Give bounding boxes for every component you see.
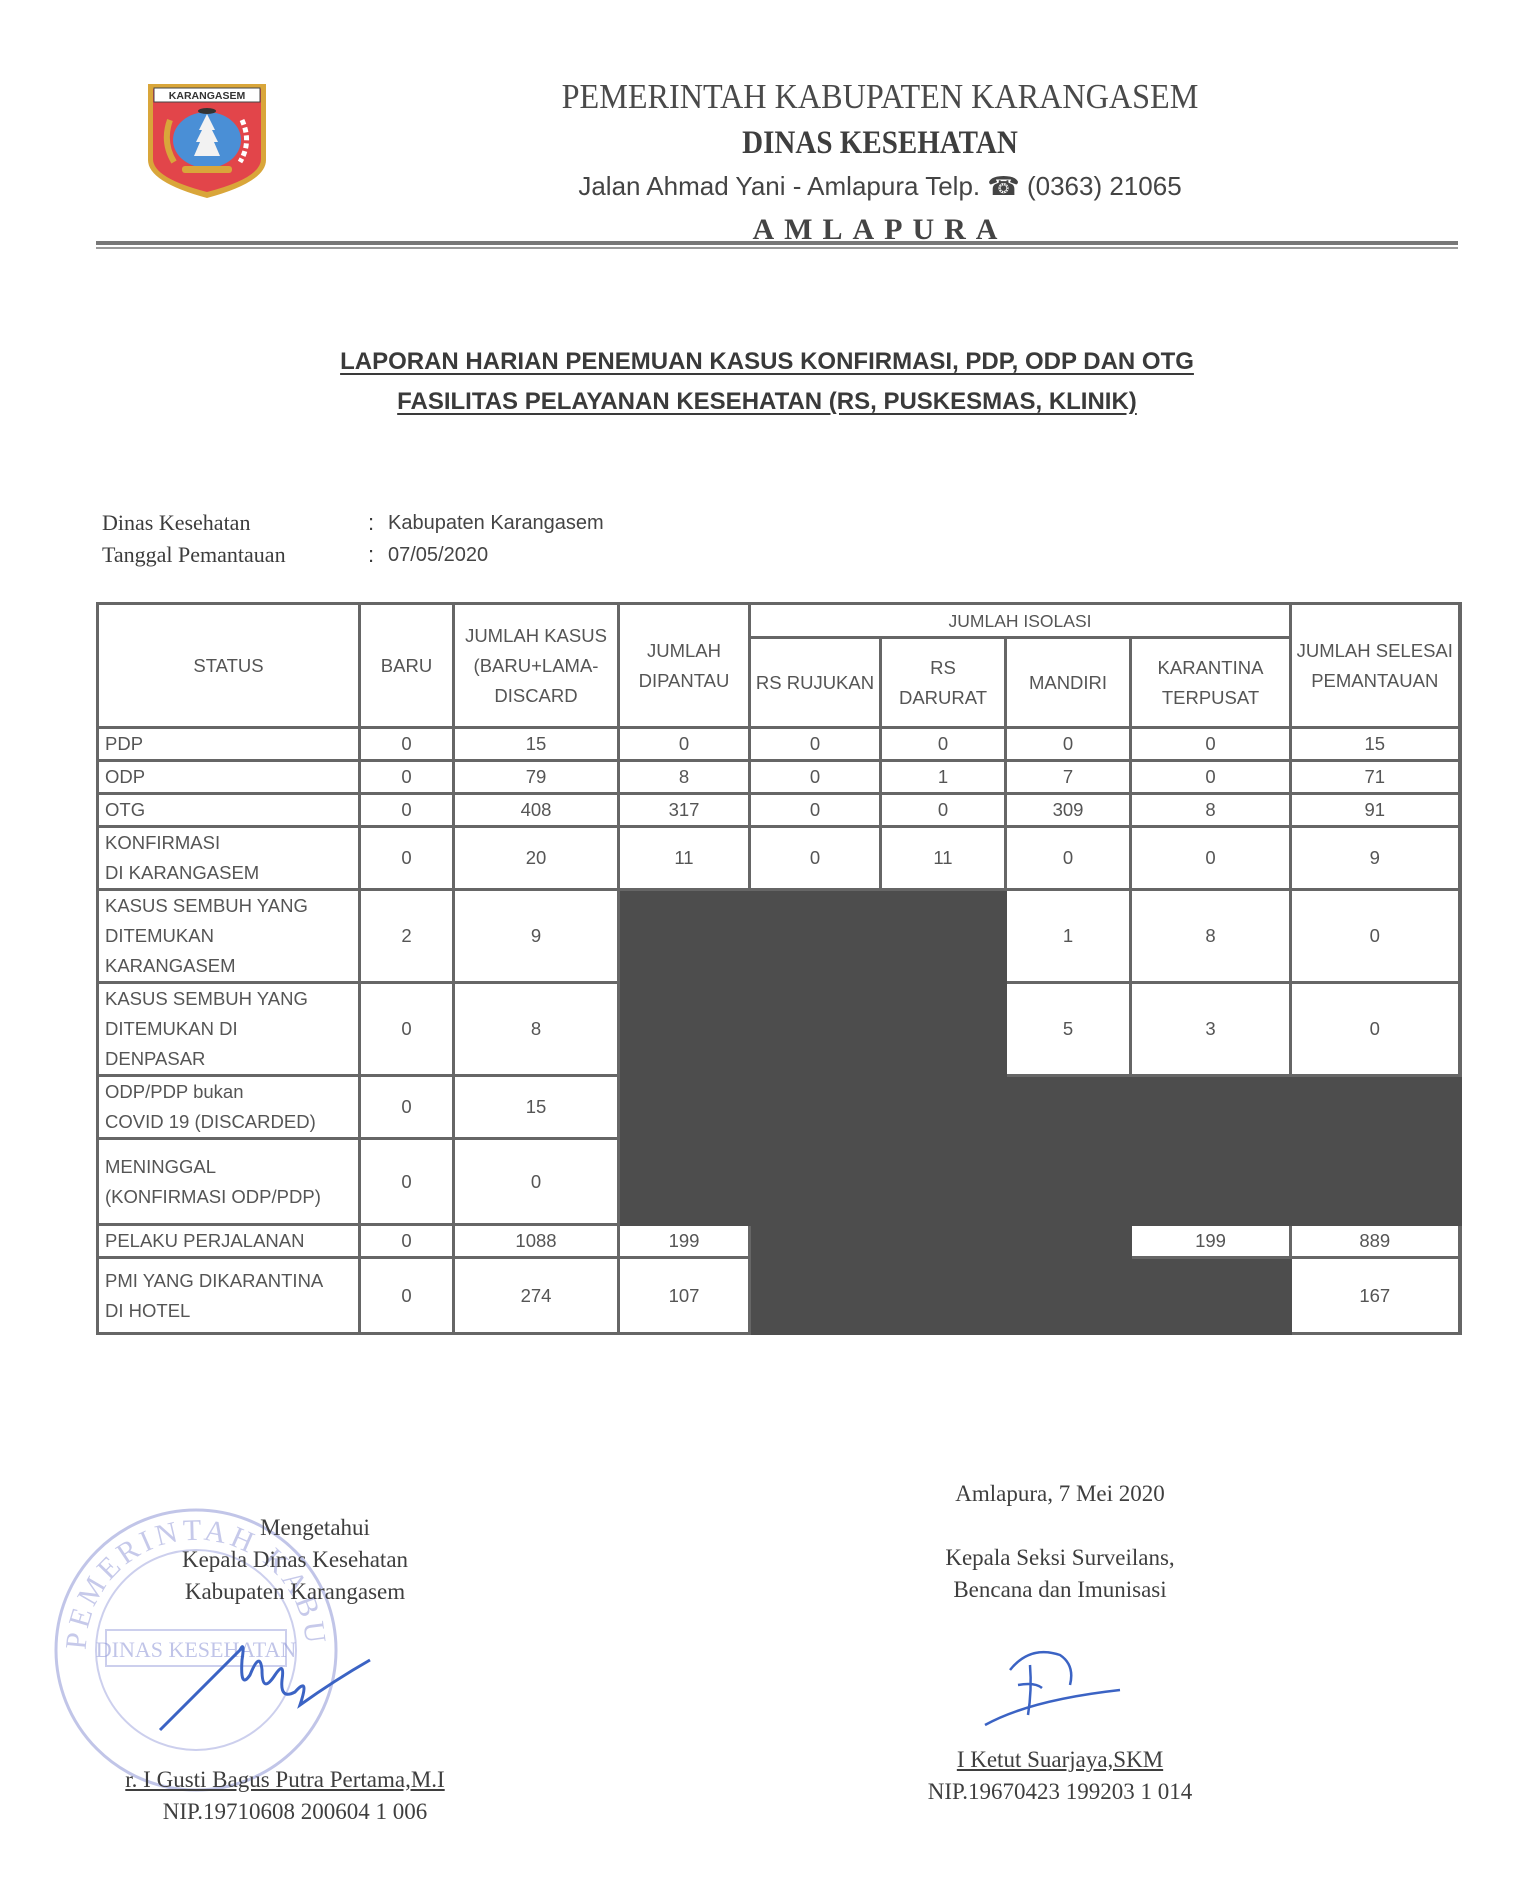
status-label: KASUS SEMBUH YANGDITEMUKANKARANGASEM [98,890,360,983]
table-row: OTG040831700309891 [98,794,1460,827]
cell-rs-rujukan: 0 [750,728,881,761]
cell-rs-darurat: 1 [881,761,1006,794]
dinas-label: Dinas Kesehatan [102,510,368,536]
dinas-value: Kabupaten Karangasem [388,512,604,535]
sig-right-nip: NIP.19670423 199203 1 014 [880,1776,1240,1808]
header-line: JUMLAH KASUS [455,621,617,651]
cell-rs-darurat: 11 [881,827,1006,890]
tanggal-label: Tanggal Pemantauan [102,542,368,568]
redacted-cell [619,1139,750,1225]
status-label: ODP/PDP bukanCOVID 19 (DISCARDED) [98,1076,360,1139]
cell-jumlah-kasus: 9 [454,890,619,983]
separator: : [368,510,388,536]
header-line: DIPANTAU [620,666,748,696]
status-label-line: KARANGASEM [105,951,358,981]
report-title-line2: FASILITAS PELAYANAN KESEHATAN (RS, PUSKE… [397,388,1137,415]
status-label: PMI YANG DIKARANTINADI HOTEL [98,1258,360,1334]
cell-karantina: 3 [1131,983,1291,1076]
redacted-cell [619,890,750,983]
cell-selesai: 91 [1291,794,1460,827]
redacted-cell [750,1139,881,1225]
redacted-cell [750,1076,881,1139]
cell-mandiri: 0 [1006,827,1131,890]
redacted-cell [1006,1225,1131,1258]
header-line: (BARU+LAMA- [455,651,617,681]
header-line: PEMANTAUAN [1292,666,1458,696]
case-report-table: STATUS BARU JUMLAH KASUS (BARU+LAMA- DIS… [96,602,1462,1335]
cell-rs-darurat: 0 [881,728,1006,761]
cell-karantina: 8 [1131,890,1291,983]
redacted-cell [1006,1258,1131,1334]
header-baru: BARU [360,604,454,728]
status-label-line: PMI YANG DIKARANTINA [105,1266,358,1296]
status-label-line: COVID 19 (DISCARDED) [105,1107,358,1137]
header-line: DARURAT [882,683,1004,713]
redacted-cell [750,1258,881,1334]
letterhead: PEMERINTAH KABUPATEN KARANGASEM DINAS KE… [500,74,1260,252]
table-row: KASUS SEMBUH YANGDITEMUKAN DIDENPASAR085… [98,983,1460,1076]
status-label: PDP [98,728,360,761]
redacted-cell [750,1225,881,1258]
table-row: PDP0150000015 [98,728,1460,761]
redacted-cell [1006,1076,1131,1139]
redacted-cell [619,983,750,1076]
cell-karantina: 199 [1131,1225,1291,1258]
cell-baru: 0 [360,827,454,890]
cell-rs-darurat: 0 [881,794,1006,827]
cell-dipantau: 11 [619,827,750,890]
report-title-line1: LAPORAN HARIAN PENEMUAN KASUS KONFIRMASI… [340,348,1194,375]
status-label-line: DI KARANGASEM [105,858,358,888]
redacted-cell [881,983,1006,1076]
logo-label: KARANGASEM [169,90,246,102]
redacted-cell [619,1076,750,1139]
letterhead-rule [96,241,1458,245]
redacted-cell [1291,1139,1460,1225]
header-jumlah-dipantau: JUMLAH DIPANTAU [619,604,750,728]
status-label-line: (KONFIRMASI ODP/PDP) [105,1182,358,1212]
status-label-line: DENPASAR [105,1044,358,1074]
redacted-cell [1131,1258,1291,1334]
cell-selesai: 15 [1291,728,1460,761]
status-label-line: DITEMUKAN [105,921,358,951]
status-label-line: OTG [105,795,358,825]
signature-scribble-left [150,1620,380,1740]
sig-left-nip: NIP.19710608 200604 1 006 [120,1796,470,1828]
status-label-line: ODP [105,762,358,792]
cell-jumlah-kasus: 0 [454,1139,619,1225]
table-row: PELAKU PERJALANAN01088199199889 [98,1225,1460,1258]
header-karantina-terpusat: KARANTINA TERPUSAT [1131,638,1291,728]
table-row: ODP0798017071 [98,761,1460,794]
cell-mandiri: 7 [1006,761,1131,794]
table-row: KONFIRMASIDI KARANGASEM02011011009 [98,827,1460,890]
header-status: STATUS [98,604,360,728]
cell-karantina: 8 [1131,794,1291,827]
table-row: MENINGGAL(KONFIRMASI ODP/PDP)00 [98,1139,1460,1225]
cell-karantina: 0 [1131,761,1291,794]
header-mandiri: MANDIRI [1006,638,1131,728]
cell-dipantau: 0 [619,728,750,761]
letterhead-rule-thin [96,247,1458,249]
table-row: PMI YANG DIKARANTINADI HOTEL0274107167 [98,1258,1460,1334]
cell-dipantau: 317 [619,794,750,827]
cell-selesai: 9 [1291,827,1460,890]
letterhead-city: AMLAPURA [500,208,1260,252]
cell-baru: 0 [360,1139,454,1225]
status-label-line: DI HOTEL [105,1296,358,1326]
header-line: KARANTINA [1132,653,1289,683]
status-label-line: KASUS SEMBUH YANG [105,891,358,921]
status-label: KASUS SEMBUH YANGDITEMUKAN DIDENPASAR [98,983,360,1076]
sig-right-line1: Kepala Seksi Surveilans, [880,1542,1240,1574]
sig-right-line2: Bencana dan Imunisasi [880,1574,1240,1606]
redacted-cell [750,890,881,983]
header-rs-rujukan: RS RUJUKAN [750,638,881,728]
cell-mandiri: 0 [1006,728,1131,761]
cell-selesai: 0 [1291,983,1460,1076]
redacted-cell [881,1076,1006,1139]
cell-jumlah-kasus: 408 [454,794,619,827]
redacted-cell [1131,1076,1291,1139]
status-label-line: PDP [105,729,358,759]
cell-karantina: 0 [1131,827,1291,890]
cell-mandiri: 5 [1006,983,1131,1076]
status-label: MENINGGAL(KONFIRMASI ODP/PDP) [98,1139,360,1225]
redacted-cell [1131,1139,1291,1225]
header-line: RS [882,653,1004,683]
sig-right-place-date: Amlapura, 7 Mei 2020 [880,1478,1240,1510]
status-label-line: KASUS SEMBUH YANG [105,984,358,1014]
redacted-cell [881,1258,1006,1334]
cell-selesai: 889 [1291,1225,1460,1258]
cell-karantina: 0 [1131,728,1291,761]
status-label: KONFIRMASIDI KARANGASEM [98,827,360,890]
header-jumlah-kasus: JUMLAH KASUS (BARU+LAMA- DISCARD [454,604,619,728]
cell-mandiri: 1 [1006,890,1131,983]
cell-baru: 0 [360,1225,454,1258]
header-line: TERPUSAT [1132,683,1289,713]
header-line: JUMLAH SELESAI [1292,636,1458,666]
letterhead-government: PEMERINTAH KABUPATEN KARANGASEM [530,74,1229,120]
cell-baru: 2 [360,890,454,983]
cell-baru: 0 [360,761,454,794]
sig-right-name: I Ketut Suarjaya,SKM [880,1744,1240,1776]
cell-baru: 0 [360,728,454,761]
tanggal-value: 07/05/2020 [388,544,488,567]
status-label-line: MENINGGAL [105,1152,358,1182]
table-row: ODP/PDP bukanCOVID 19 (DISCARDED)015 [98,1076,1460,1139]
report-title: LAPORAN HARIAN PENEMUAN KASUS KONFIRMASI… [200,342,1334,422]
cell-baru: 0 [360,1258,454,1334]
cell-jumlah-kasus: 1088 [454,1225,619,1258]
cell-jumlah-kasus: 15 [454,728,619,761]
table-row: KASUS SEMBUH YANGDITEMUKANKARANGASEM2918… [98,890,1460,983]
cell-jumlah-kasus: 20 [454,827,619,890]
report-meta: Dinas Kesehatan : Kabupaten Karangasem T… [102,507,604,571]
sig-left-line1: Mengetahui [120,1512,470,1544]
sig-left-line2: Kepala Dinas Kesehatan [120,1544,470,1576]
cell-mandiri: 309 [1006,794,1131,827]
cell-baru: 0 [360,983,454,1076]
header-line: DISCARD [455,681,617,711]
redacted-cell [750,983,881,1076]
cell-rs-rujukan: 0 [750,827,881,890]
cell-selesai: 0 [1291,890,1460,983]
cell-baru: 0 [360,794,454,827]
cell-dipantau: 8 [619,761,750,794]
sig-left-name: r. I Gusti Bagus Putra Pertama,M.I [100,1764,470,1796]
cell-baru: 0 [360,1076,454,1139]
cell-selesai: 167 [1291,1258,1460,1334]
sig-left-line3: Kabupaten Karangasem [120,1576,470,1608]
cell-jumlah-kasus: 15 [454,1076,619,1139]
status-label: OTG [98,794,360,827]
status-label: ODP [98,761,360,794]
cell-jumlah-kasus: 8 [454,983,619,1076]
redacted-cell [881,1139,1006,1225]
redacted-cell [1291,1076,1460,1139]
status-label-line: PELAKU PERJALANAN [105,1226,358,1256]
header-line: JUMLAH [620,636,748,666]
status-label-line: KONFIRMASI [105,828,358,858]
cell-dipantau: 107 [619,1258,750,1334]
header-jumlah-isolasi: JUMLAH ISOLASI [750,604,1291,638]
cell-jumlah-kasus: 274 [454,1258,619,1334]
header-jumlah-selesai: JUMLAH SELESAI PEMANTAUAN [1291,604,1460,728]
status-label-line: ODP/PDP bukan [105,1077,358,1107]
redacted-cell [1006,1139,1131,1225]
cell-dipantau: 199 [619,1225,750,1258]
status-label-line: DITEMUKAN DI [105,1014,358,1044]
letterhead-address: Jalan Ahmad Yani - Amlapura Telp. ☎ (036… [500,166,1260,206]
signature-scribble-right [970,1640,1130,1730]
separator: : [368,542,388,568]
cell-selesai: 71 [1291,761,1460,794]
cell-jumlah-kasus: 79 [454,761,619,794]
cell-rs-rujukan: 0 [750,794,881,827]
karangasem-crest-logo: KARANGASEM [144,80,270,200]
status-label: PELAKU PERJALANAN [98,1225,360,1258]
letterhead-agency: DINAS KESEHATAN [546,120,1215,166]
cell-rs-rujukan: 0 [750,761,881,794]
redacted-cell [881,890,1006,983]
header-rs-darurat: RS DARURAT [881,638,1006,728]
redacted-cell [881,1225,1006,1258]
